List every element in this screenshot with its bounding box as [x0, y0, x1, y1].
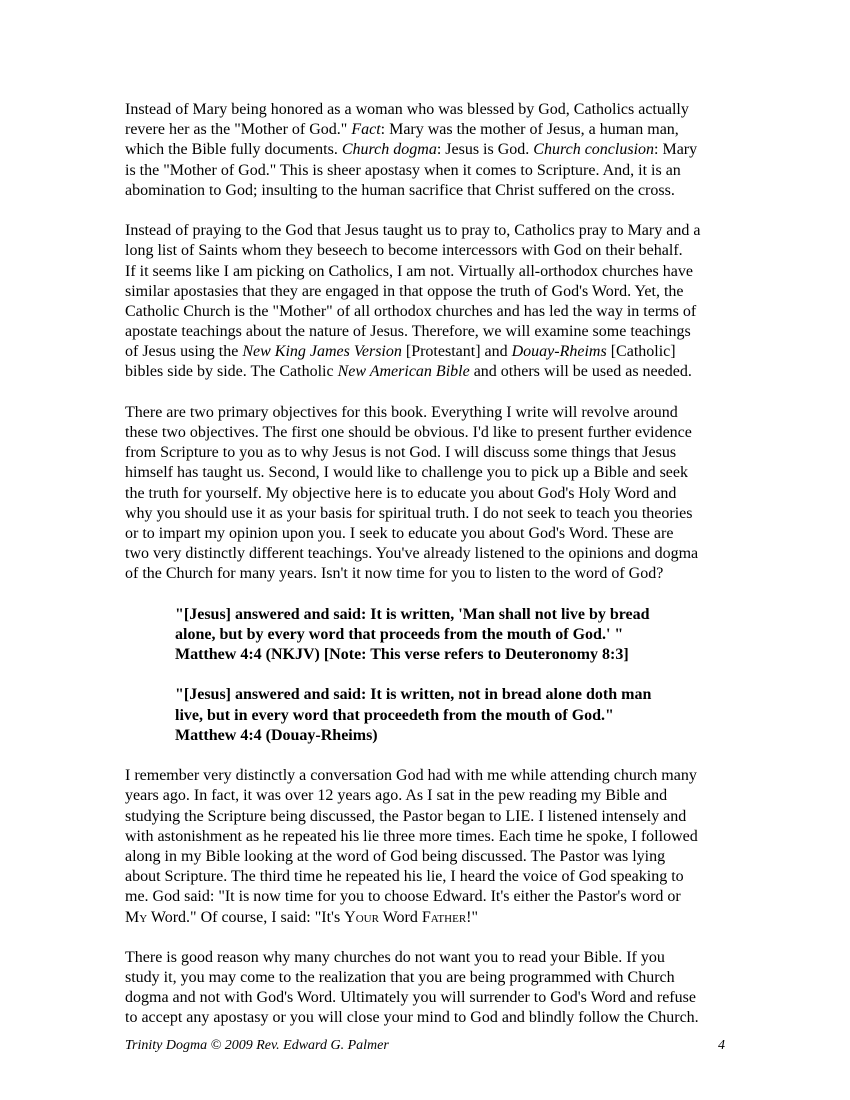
small-caps-text: Father — [422, 909, 466, 926]
text-line: along in my Bible looking at the word of… — [125, 847, 735, 867]
text-line: "[Jesus] answered and said: It is writte… — [175, 605, 735, 625]
text-line: two very distinctly different teachings.… — [125, 544, 735, 564]
text-line: long list of Saints whom they beseech to… — [125, 241, 735, 261]
small-caps-text: Your — [344, 909, 379, 926]
text-line: or to impart my opinion upon you. I seek… — [125, 524, 735, 544]
page-number: 4 — [718, 1038, 725, 1054]
text-line: study it, you may come to the realizatio… — [125, 968, 735, 988]
text-line: abomination to God; insulting to the hum… — [125, 181, 735, 201]
document-page: Instead of Mary being honored as a woman… — [125, 100, 735, 1029]
text-line: If it seems like I am picking on Catholi… — [125, 262, 735, 282]
text-line: live, but in every word that proceedeth … — [175, 706, 735, 726]
text-line: to accept any apostasy or you will close… — [125, 1008, 735, 1028]
text-line: Matthew 4:4 (NKJV) [Note: This verse ref… — [175, 645, 735, 665]
text-line: Catholic Church is the "Mother" of all o… — [125, 302, 735, 322]
italic-text: Fact — [351, 121, 380, 138]
paragraph-two-objectives: There are two primary objectives for thi… — [125, 403, 735, 585]
text-line: years ago. In fact, it was over 12 years… — [125, 786, 735, 806]
paragraph-read-your-bible: There is good reason why many churches d… — [125, 948, 735, 1029]
text-line: of the Church for many years. Isn't it n… — [125, 564, 735, 584]
small-caps-text: My — [125, 909, 147, 926]
text-line: Instead of Mary being honored as a woman… — [125, 100, 735, 120]
text-line: is the "Mother of God." This is sheer ap… — [125, 161, 735, 181]
text-line: from Scripture to you as to why Jesus is… — [125, 443, 735, 463]
italic-text: New King James Version — [242, 343, 402, 360]
text-line: which the Bible fully documents. Church … — [125, 140, 735, 160]
italic-text: Church conclusion — [533, 141, 654, 158]
text-line: himself has taught us. Second, I would l… — [125, 463, 735, 483]
italic-text: Church dogma — [342, 141, 437, 158]
text-line: I remember very distinctly a conversatio… — [125, 766, 735, 786]
paragraph-mary-mother-of-god: Instead of Mary being honored as a woman… — [125, 100, 735, 201]
italic-text: Douay-Rheims — [512, 343, 607, 360]
text-line: with astonishment as he repeated his lie… — [125, 827, 735, 847]
text-line: Matthew 4:4 (Douay-Rheims) — [175, 726, 735, 746]
text-line: these two objectives. The first one shou… — [125, 423, 735, 443]
text-line: Instead of praying to the God that Jesus… — [125, 221, 735, 241]
text-line: "[Jesus] answered and said: It is writte… — [175, 685, 735, 705]
scripture-quote-nkjv: "[Jesus] answered and said: It is writte… — [175, 605, 735, 666]
text-line: the truth for yourself. My objective her… — [125, 484, 735, 504]
text-line: about Scripture. The third time he repea… — [125, 867, 735, 887]
text-line: revere her as the "Mother of God." Fact:… — [125, 120, 735, 140]
text-line: why you should use it as your basis for … — [125, 504, 735, 524]
text-line: me. God said: "It is now time for you to… — [125, 887, 735, 907]
text-line: of Jesus using the New King James Versio… — [125, 342, 735, 362]
text-line: studying the Scripture being discussed, … — [125, 807, 735, 827]
paragraph-praying-to-saints: Instead of praying to the God that Jesus… — [125, 221, 735, 383]
paragraph-pastor-conversation: I remember very distinctly a conversatio… — [125, 766, 735, 928]
scripture-quote-douay-rheims: "[Jesus] answered and said: It is writte… — [175, 685, 735, 746]
text-line: There is good reason why many churches d… — [125, 948, 735, 968]
text-line: bibles side by side. The Catholic New Am… — [125, 362, 735, 382]
footer-copyright: Trinity Dogma © 2009 Rev. Edward G. Palm… — [125, 1038, 389, 1054]
page-footer: Trinity Dogma © 2009 Rev. Edward G. Palm… — [125, 1038, 725, 1054]
text-line: There are two primary objectives for thi… — [125, 403, 735, 423]
text-line: apostate teachings about the nature of J… — [125, 322, 735, 342]
text-line: alone, but by every word that proceeds f… — [175, 625, 735, 645]
text-line: dogma and not with God's Word. Ultimatel… — [125, 988, 735, 1008]
text-line: My Word." Of course, I said: "It's Your … — [125, 908, 735, 928]
text-line: similar apostasies that they are engaged… — [125, 282, 735, 302]
italic-text: New American Bible — [338, 363, 470, 380]
